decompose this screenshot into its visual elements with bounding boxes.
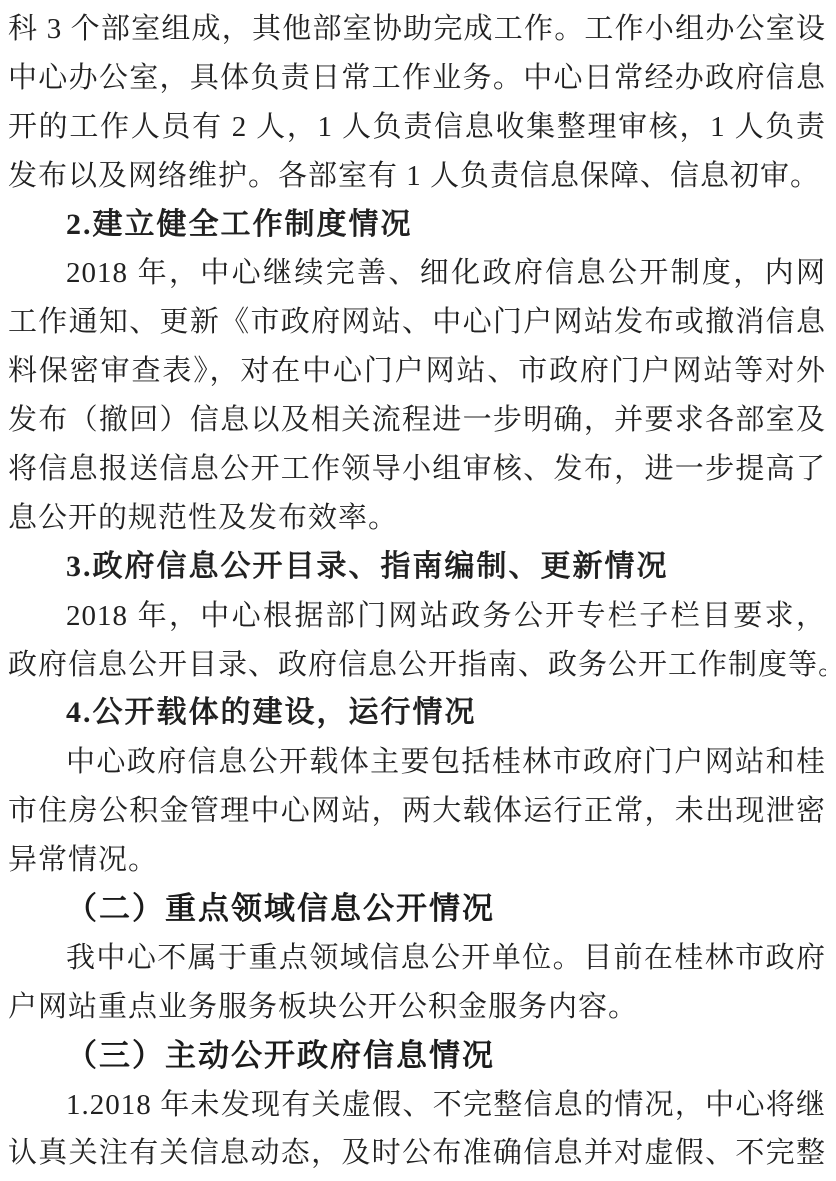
text-line: 息公开的规范性及发布效率。: [8, 494, 826, 543]
text-line: 2018 年，中心继续完善、细化政府信息公开制度，内网下发: [8, 249, 826, 298]
text-line: 发布（撤回）信息以及相关流程进一步明确，并要求各部室及时: [8, 396, 826, 445]
section-heading: 3.政府信息公开目录、指南编制、更新情况: [8, 543, 826, 592]
section-heading: 4.公开载体的建设，运行情况: [8, 689, 826, 738]
text-line: 工作通知、更新《市政府网站、中心门户网站发布或撤消信息材: [8, 298, 826, 347]
text-line: 认真关注有关信息动态，及时公布准确信息并对虚假、不完整信: [8, 1129, 826, 1178]
text-line: 料保密审查表》，对在中心门户网站、市政府门户网站等对外媒介: [8, 347, 826, 396]
text-line: 政府信息公开目录、政府信息公开指南、政务公开工作制度等。: [8, 641, 826, 690]
section-heading: （三）主动公开政府信息情况: [8, 1032, 826, 1081]
text-line: 开的工作人员有 2 人，1 人负责信息收集整理审核，1 人负责信息: [8, 103, 826, 152]
text-line: 发布以及网络维护。各部室有 1 人负责信息保障、信息初审。: [8, 152, 826, 201]
text-line: 将信息报送信息公开工作领导小组审核、发布，进一步提高了信: [8, 445, 826, 494]
document-body: 科 3 个部室组成，其他部室协助完成工作。工作小组办公室设在中心办公室，具体负责…: [8, 5, 826, 1178]
text-line: 中心办公室，具体负责日常工作业务。中心日常经办政府信息公: [8, 54, 826, 103]
text-line: 市住房公积金管理中心网站，两大载体运行正常，未出现泄密等: [8, 787, 826, 836]
text-line: 2018 年，中心根据部门网站政务公开专栏子栏目要求，更新: [8, 592, 826, 641]
document-page: 科 3 个部室组成，其他部室协助完成工作。工作小组办公室设在中心办公室，具体负责…: [0, 0, 836, 1181]
text-line: 户网站重点业务服务板块公开公积金服务内容。: [8, 983, 826, 1032]
text-line: 科 3 个部室组成，其他部室协助完成工作。工作小组办公室设在: [8, 5, 826, 54]
text-line: 1.2018 年未发现有关虚假、不完整信息的情况，中心将继续: [8, 1081, 826, 1130]
section-heading: 2.建立健全工作制度情况: [8, 201, 826, 250]
section-heading: （二）重点领域信息公开情况: [8, 885, 826, 934]
text-line: 我中心不属于重点领域信息公开单位。目前在桂林市政府门: [8, 934, 826, 983]
text-line: 中心政府信息公开载体主要包括桂林市政府门户网站和桂林: [8, 738, 826, 787]
text-line: 异常情况。: [8, 836, 826, 885]
